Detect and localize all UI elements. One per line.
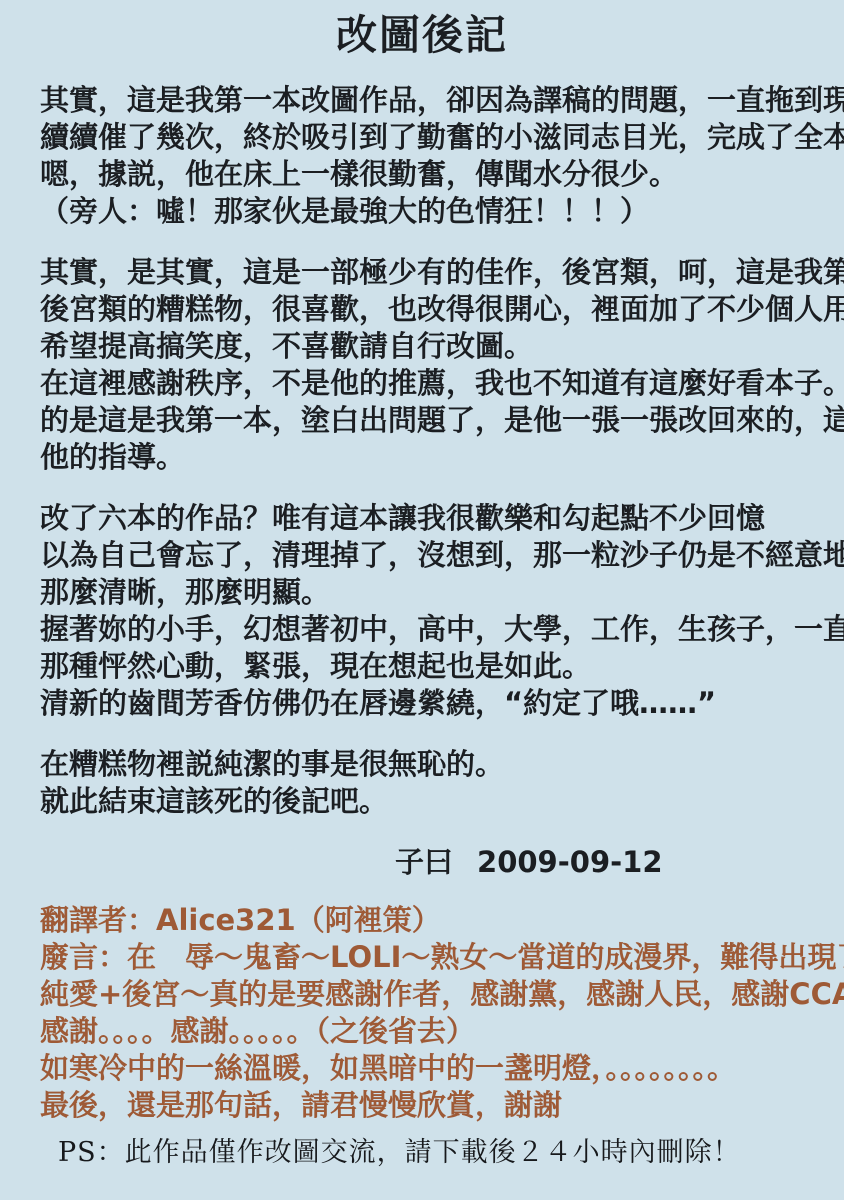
afterword-page: 改圖後記 其實，這是我第一本改圖作品，卻因為譯稿的問題，一直拖到現在，斷斷 續續… <box>0 0 844 1200</box>
paragraph-4: 在糟糕物裡説純潔的事是很無恥的。 就此結束這該死的後記吧。 <box>40 746 806 820</box>
text-line: 其實，這是我第一本改圖作品，卻因為譯稿的問題，一直拖到現在，斷斷 <box>40 82 806 119</box>
text-line: 在糟糕物裡説純潔的事是很無恥的。 <box>40 746 806 783</box>
page-title: 改圖後記 <box>0 0 844 60</box>
text-line: 的是這是我第一本，塗白出問題了，是他一張一張改回來的，這裡很感謝 <box>40 402 806 439</box>
text-line: 他的指導。 <box>40 439 806 476</box>
postscript-line: PS：此作品僅作改圖交流，請下載後２４小時內刪除！ <box>40 1134 806 1171</box>
paragraph-2: 其實，是其實，這是一部極少有的佳作，後宮類，呵，這是我第一次看 後宮類的糟糕物，… <box>40 254 806 476</box>
text-line: 那種怦然心動，緊張，現在想起也是如此。 <box>40 648 806 685</box>
credits-line: 最後，還是那句話，請君慢慢欣賞，謝謝 <box>40 1087 806 1124</box>
signature-date: 2009-09-12 <box>477 845 663 879</box>
credits-line: 翻譯者：Alice321（阿裡策） <box>40 902 806 939</box>
text-line: 清新的齒間芳香仿佛仍在唇邊縈繞，“約定了哦……” <box>40 685 806 722</box>
text-line: 嗯，據説，他在床上一樣很勤奮，傳聞水分很少。 <box>40 156 806 193</box>
signature-line: 子曰2009-09-12 <box>40 844 806 881</box>
text-line: 握著妳的小手，幻想著初中，高中，大學，工作，生孩子，一直到老 <box>40 611 806 648</box>
text-line: 在這裡感謝秩序，不是他的推薦，我也不知道有這麼好看本子。更重要 <box>40 365 806 402</box>
credits-line: 廢言：在 辱～鬼畜～LOLI～熟女～當道的成漫界，難得出現了 <box>40 939 806 976</box>
text-line: 那麼清晰，那麼明顯。 <box>40 574 806 611</box>
afterword-body: 其實，這是我第一本改圖作品，卻因為譯稿的問題，一直拖到現在，斷斷 續續催了幾次，… <box>0 82 844 1171</box>
text-line: 改了六本的作品？唯有這本讓我很歡樂和勾起點不少回憶 <box>40 500 806 537</box>
translator-credits-block: 翻譯者：Alice321（阿裡策） 廢言：在 辱～鬼畜～LOLI～熟女～當道的成… <box>40 902 806 1124</box>
credits-line: 如寒冷中的一絲溫暖，如黑暗中的一盞明燈，。。。。。。。。 <box>40 1050 806 1087</box>
paragraph-3: 改了六本的作品？唯有這本讓我很歡樂和勾起點不少回憶 以為自己會忘了，清理掉了，沒… <box>40 500 806 722</box>
paragraph-1: 其實，這是我第一本改圖作品，卻因為譯稿的問題，一直拖到現在，斷斷 續續催了幾次，… <box>40 82 806 230</box>
credits-line: 純愛+後宮～真的是要感謝作者，感謝黨，感謝人民，感謝CCAV， <box>40 976 806 1013</box>
author-name: 子曰 <box>395 845 453 879</box>
text-line: 續續催了幾次，終於吸引到了勤奮的小滋同志目光，完成了全本 <box>40 119 806 156</box>
text-line: 就此結束這該死的後記吧。 <box>40 783 806 820</box>
text-line: 其實，是其實，這是一部極少有的佳作，後宮類，呵，這是我第一次看 <box>40 254 806 291</box>
text-line: 希望提高搞笑度，不喜歡請自行改圖。 <box>40 328 806 365</box>
credits-line: 感謝。。。。感謝。。。。。（之後省去） <box>40 1013 806 1050</box>
text-line: 以為自己會忘了，清理掉了，沒想到，那一粒沙子仍是不經意地存在著 <box>40 537 806 574</box>
text-line: （旁人：噓！那家伙是最強大的色情狂！！！） <box>40 193 806 230</box>
text-line: 後宮類的糟糕物，很喜歡，也改得很開心，裡面加了不少個人用詞， <box>40 291 806 328</box>
